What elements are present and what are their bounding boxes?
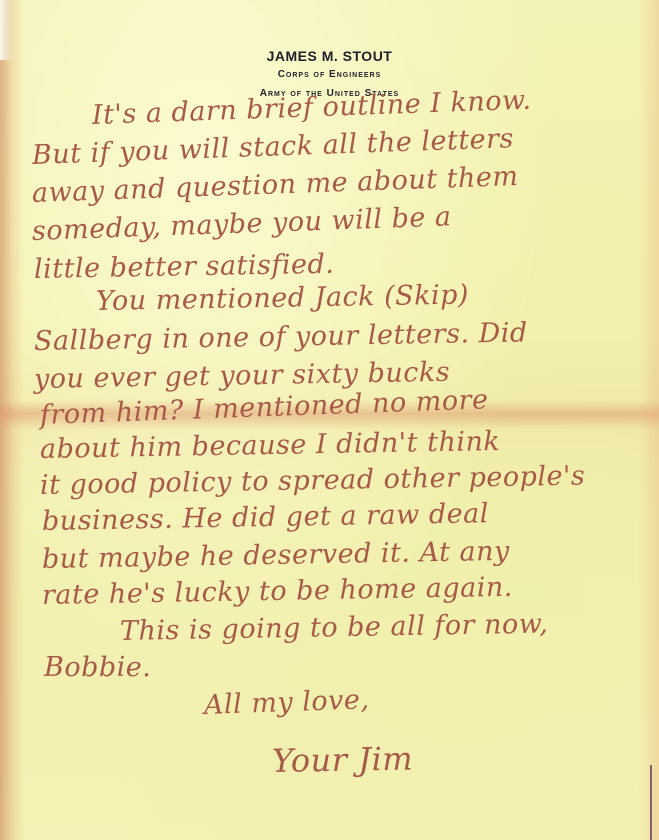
paper-right-crease bbox=[650, 765, 652, 840]
letter-signature: Your Jim bbox=[272, 740, 414, 780]
letter-closing: All my love, bbox=[203, 684, 369, 721]
letterhead-unit: Corps of Engineers bbox=[0, 69, 659, 80]
letterhead-name: JAMES M. STOUT bbox=[0, 48, 659, 64]
letter-salutation-name: Bobbie. bbox=[44, 652, 151, 683]
letter-line: You mentioned Jack (Skip) bbox=[96, 279, 469, 317]
paper-right-edge-stain bbox=[639, 0, 659, 840]
letter-line: little better satisfied. bbox=[34, 249, 335, 285]
